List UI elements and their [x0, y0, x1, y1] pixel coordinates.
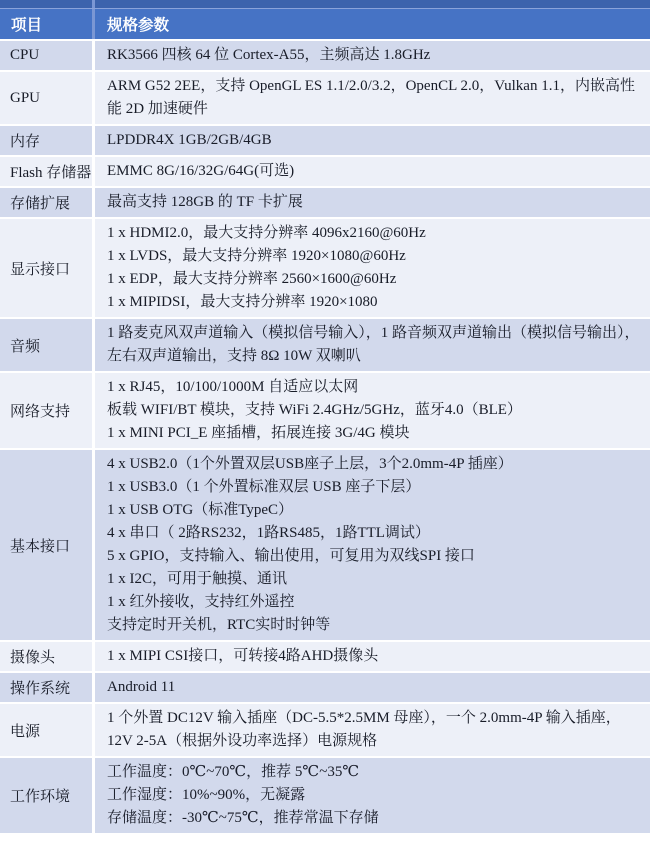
- spec-line: 1 x RJ45，10/100/1000M 自适应以太网: [107, 376, 642, 399]
- spec-line: 1 个外置 DC12V 输入插座（DC-5.5*2.5MM 母座），一个 2.0…: [107, 707, 642, 753]
- spec-line: 4 x USB2.0（1个外置双层USB座子上层，3个2.0mm-4P 插座）: [107, 453, 642, 476]
- spec-line: 1 x USB3.0（1 个外置标准双层 USB 座子下层）: [107, 476, 642, 499]
- spec-line: 工作湿度：10%~90%，无凝露: [107, 784, 642, 807]
- spec-line: Android 11: [107, 676, 642, 699]
- table-row: 电源1 个外置 DC12V 输入插座（DC-5.5*2.5MM 母座），一个 2…: [0, 704, 650, 758]
- row-label: GPU: [0, 72, 95, 124]
- row-spec: 1 路麦克风双声道输入（模拟信号输入），1 路音频双声道输出（模拟信号输出），左…: [95, 319, 650, 371]
- row-spec: 1 x HDMI2.0，最大支持分辨率 4096x2160@60Hz1 x LV…: [95, 219, 650, 317]
- spec-line: 1 x LVDS，最大支持分辨率 1920×1080@60Hz: [107, 245, 642, 268]
- table-row: 网络支持1 x RJ45，10/100/1000M 自适应以太网板载 WIFI/…: [0, 373, 650, 450]
- spec-line: 4 x 串口（ 2路RS232，1路RS485，1路TTL调试）: [107, 522, 642, 545]
- spec-line: 存储温度：-30℃~75℃，推荐常温下存储: [107, 807, 642, 830]
- spec-line: 1 x HDMI2.0，最大支持分辨率 4096x2160@60Hz: [107, 222, 642, 245]
- row-spec: 4 x USB2.0（1个外置双层USB座子上层，3个2.0mm-4P 插座）1…: [95, 450, 650, 640]
- spec-line: 1 x I2C，可用于触摸、通讯: [107, 568, 642, 591]
- row-spec: 工作温度：0℃~70℃，推荐 5℃~35℃工作湿度：10%~90%，无凝露存储温…: [95, 758, 650, 833]
- table-top-border: [0, 0, 650, 9]
- row-label: 网络支持: [0, 373, 95, 448]
- spec-line: RK3566 四核 64 位 Cortex-A55，主频高达 1.8GHz: [107, 44, 642, 67]
- row-spec: EMMC 8G/16/32G/64G(可选): [95, 157, 650, 186]
- table-row: CPURK3566 四核 64 位 Cortex-A55，主频高达 1.8GHz: [0, 41, 650, 72]
- spec-line: 1 x MIPIDSI，最大支持分辨率 1920×1080: [107, 291, 642, 314]
- row-spec: ARM G52 2EE，支持 OpenGL ES 1.1/2.0/3.2，Ope…: [95, 72, 650, 124]
- row-label: 电源: [0, 704, 95, 756]
- spec-line: 1 x 红外接收，支持红外遥控: [107, 591, 642, 614]
- table-row: 显示接口1 x HDMI2.0，最大支持分辨率 4096x2160@60Hz1 …: [0, 219, 650, 319]
- table-row: Flash 存储器EMMC 8G/16/32G/64G(可选): [0, 157, 650, 188]
- spec-line: 5 x GPIO，支持输入、输出使用，可复用为双线SPI 接口: [107, 545, 642, 568]
- table-row: 音频1 路麦克风双声道输入（模拟信号输入），1 路音频双声道输出（模拟信号输出）…: [0, 319, 650, 373]
- row-spec: LPDDR4X 1GB/2GB/4GB: [95, 126, 650, 155]
- spec-line: 1 x MINI PCI_E 座插槽，拓展连接 3G/4G 模块: [107, 422, 642, 445]
- row-spec: 最高支持 128GB 的 TF 卡扩展: [95, 188, 650, 217]
- spec-table: 项目 规格参数 CPURK3566 四核 64 位 Cortex-A55，主频高…: [0, 0, 650, 833]
- row-label: 摄像头: [0, 642, 95, 671]
- table-row: GPUARM G52 2EE，支持 OpenGL ES 1.1/2.0/3.2，…: [0, 72, 650, 126]
- table-top-border-left: [0, 0, 95, 8]
- row-spec: Android 11: [95, 673, 650, 702]
- table-body: CPURK3566 四核 64 位 Cortex-A55，主频高达 1.8GHz…: [0, 41, 650, 833]
- spec-line: LPDDR4X 1GB/2GB/4GB: [107, 129, 642, 152]
- row-label: Flash 存储器: [0, 157, 95, 186]
- row-label: 内存: [0, 126, 95, 155]
- row-spec: 1 个外置 DC12V 输入插座（DC-5.5*2.5MM 母座），一个 2.0…: [95, 704, 650, 756]
- spec-line: 1 x MIPI CSI接口，可转接4路AHD摄像头: [107, 645, 642, 668]
- table-row: 摄像头1 x MIPI CSI接口，可转接4路AHD摄像头: [0, 642, 650, 673]
- row-label: CPU: [0, 41, 95, 70]
- spec-line: 1 x USB OTG（标准TypeC）: [107, 499, 642, 522]
- table-row: 基本接口4 x USB2.0（1个外置双层USB座子上层，3个2.0mm-4P …: [0, 450, 650, 642]
- spec-line: 1 x EDP，最大支持分辨率 2560×1600@60Hz: [107, 268, 642, 291]
- row-label: 工作环境: [0, 758, 95, 833]
- spec-line: 1 路麦克风双声道输入（模拟信号输入），1 路音频双声道输出（模拟信号输出），左…: [107, 322, 642, 368]
- table-row: 内存LPDDR4X 1GB/2GB/4GB: [0, 126, 650, 157]
- spec-line: 最高支持 128GB 的 TF 卡扩展: [107, 191, 642, 214]
- column-header-item: 项目: [0, 9, 95, 39]
- table-row: 操作系统Android 11: [0, 673, 650, 704]
- spec-line: 支持定时开关机，RTC实时时钟等: [107, 614, 642, 637]
- row-spec: RK3566 四核 64 位 Cortex-A55，主频高达 1.8GHz: [95, 41, 650, 70]
- row-label: 基本接口: [0, 450, 95, 640]
- row-label: 存储扩展: [0, 188, 95, 217]
- spec-line: 板载 WIFI/BT 模块，支持 WiFi 2.4GHz/5GHz，蓝牙4.0（…: [107, 399, 642, 422]
- row-spec: 1 x MIPI CSI接口，可转接4路AHD摄像头: [95, 642, 650, 671]
- spec-line: ARM G52 2EE，支持 OpenGL ES 1.1/2.0/3.2，Ope…: [107, 75, 642, 121]
- table-row: 存储扩展最高支持 128GB 的 TF 卡扩展: [0, 188, 650, 219]
- column-header-spec: 规格参数: [95, 9, 650, 39]
- row-spec: 1 x RJ45，10/100/1000M 自适应以太网板载 WIFI/BT 模…: [95, 373, 650, 448]
- table-row: 工作环境工作温度：0℃~70℃，推荐 5℃~35℃工作湿度：10%~90%，无凝…: [0, 758, 650, 833]
- row-label: 显示接口: [0, 219, 95, 317]
- row-label: 操作系统: [0, 673, 95, 702]
- spec-line: 工作温度：0℃~70℃，推荐 5℃~35℃: [107, 761, 642, 784]
- table-header-row: 项目 规格参数: [0, 9, 650, 41]
- spec-line: EMMC 8G/16/32G/64G(可选): [107, 160, 642, 183]
- row-label: 音频: [0, 319, 95, 371]
